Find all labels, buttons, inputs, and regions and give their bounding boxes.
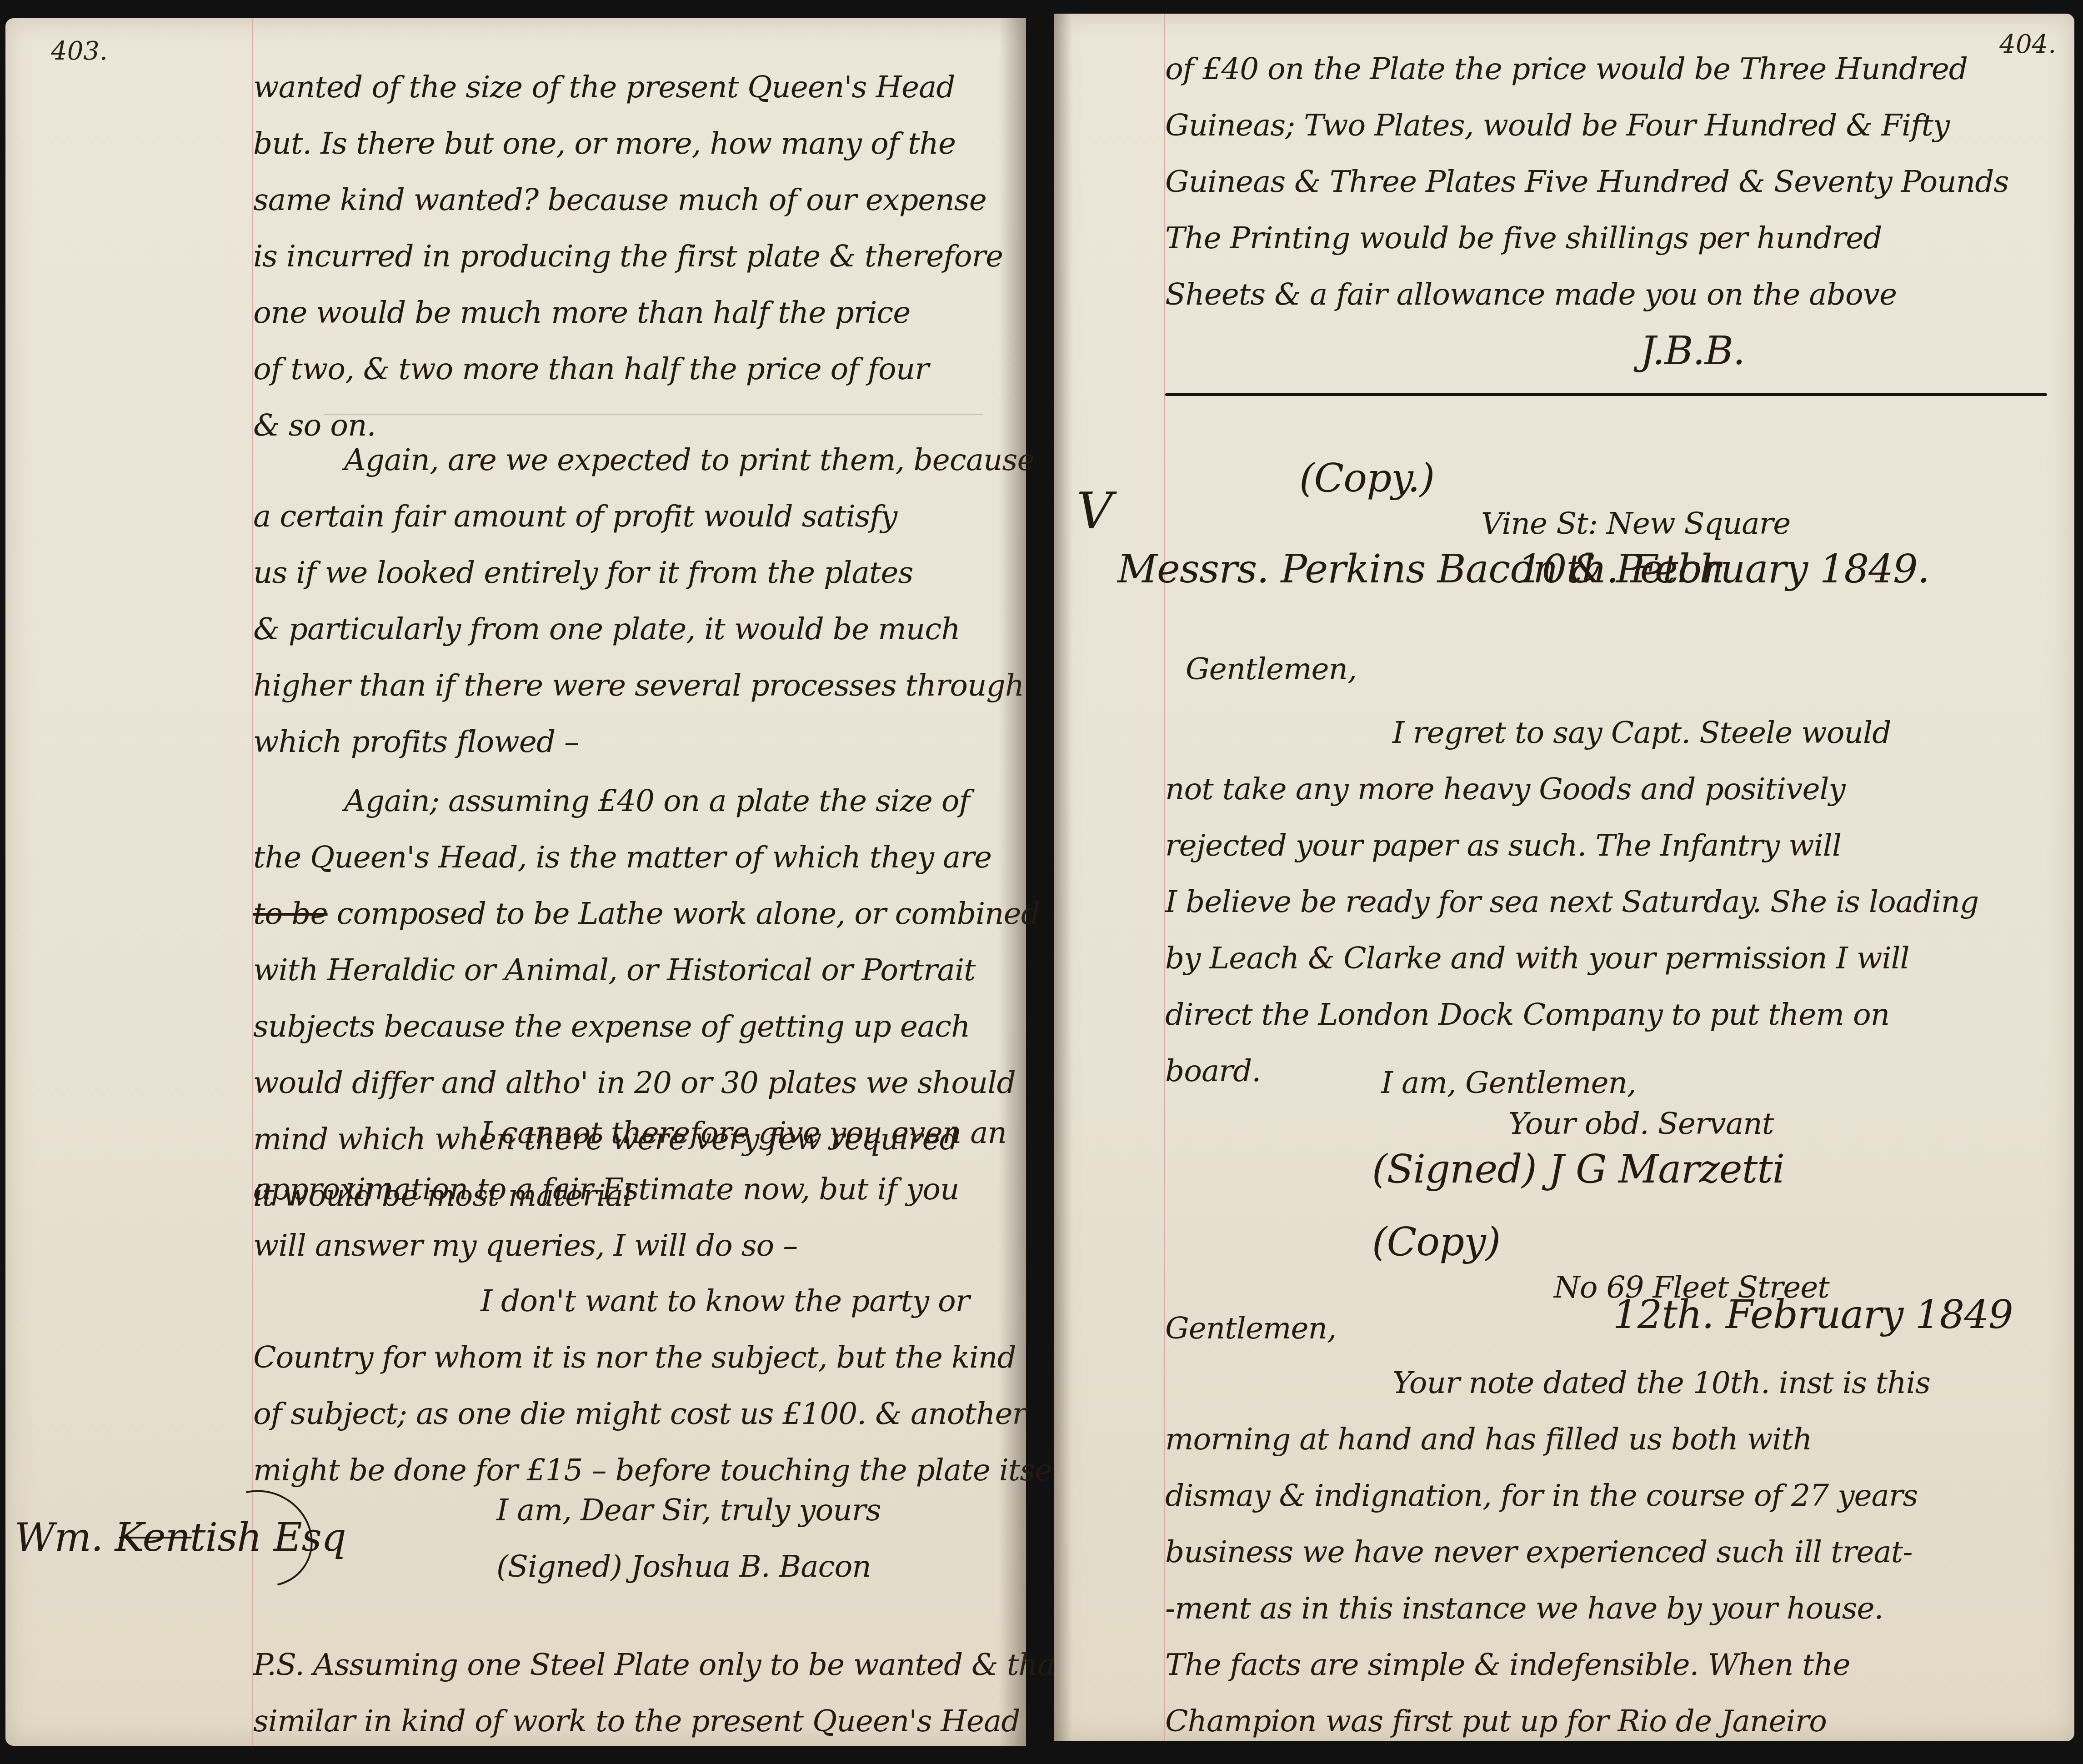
salutation: Gentlemen, bbox=[1186, 641, 1357, 697]
text-line: Guineas & Three Plates Five Hundred & Se… bbox=[1165, 154, 2008, 210]
text-line: of subject; as one die might cost us £10… bbox=[253, 1386, 1072, 1442]
text-line: Country for whom it is nor the subject, … bbox=[253, 1329, 1072, 1386]
text-line: P.S. Assuming one Steel Plate only to be… bbox=[253, 1637, 1067, 1693]
closing-line: I am, Dear Sir, truly yours bbox=[496, 1482, 881, 1538]
text-line: not take any more heavy Goods and positi… bbox=[1165, 761, 1978, 817]
text-line: would differ and altho' in 20 or 30 plat… bbox=[253, 1055, 1040, 1111]
text-line: same kind wanted? because much of our ex… bbox=[253, 172, 1003, 228]
letter-body-continued: wanted of the size of the present Queen'… bbox=[253, 59, 1003, 454]
text-line: dismay & indignation, for in the course … bbox=[1165, 1468, 1930, 1524]
text-line: Champion was first put up for Rio de Jan… bbox=[1165, 1693, 1930, 1749]
salutation-text: Gentlemen, bbox=[1186, 641, 1357, 697]
text-line: Your note dated the 10th. inst is this bbox=[1165, 1355, 1930, 1411]
text-line: composed to be Lathe work alone, or comb… bbox=[337, 896, 1040, 931]
text-line: I don't want to know the party or bbox=[253, 1273, 1072, 1329]
salutation-text: Gentlemen, bbox=[1165, 1300, 1336, 1357]
paragraph-cannot-estimate: I cannot therefore give you even an appr… bbox=[253, 1105, 1006, 1274]
text-line: one would be much more than half the pri… bbox=[253, 285, 1003, 341]
page-number: 403. bbox=[51, 36, 108, 66]
text-line: is incurred in producing the first plate… bbox=[253, 228, 1003, 285]
text-line: direct the London Dock Company to put th… bbox=[1165, 987, 1978, 1043]
text-line: Again; assuming £40 on a plate the size … bbox=[253, 773, 1040, 829]
text-line: morning at hand and has filled us both w… bbox=[1165, 1411, 1930, 1468]
heading: (Copy) bbox=[1372, 1214, 1500, 1270]
signature: (Signed) J G Marzetti bbox=[1372, 1141, 1784, 1198]
letter-date: 12th. February 1849 bbox=[1613, 1287, 2013, 1343]
text-line: The facts are simple & indefensible. Whe… bbox=[1165, 1637, 1930, 1693]
text-line: I believe be ready for sea next Saturday… bbox=[1165, 874, 1978, 930]
check-mark: V bbox=[1077, 482, 1112, 540]
letter-closing: I am, Dear Sir, truly yours (Signed) Jos… bbox=[496, 1482, 881, 1595]
text-line: of £40 on the Plate the price would be T… bbox=[1165, 41, 2008, 97]
date: 10th. February 1849. bbox=[1517, 541, 1929, 597]
paragraph-expected-to-print: Again, are we expected to print them, be… bbox=[253, 432, 1035, 770]
text-line: approximation to a fair Estimate now, bu… bbox=[253, 1161, 1006, 1218]
left-page: 403. wanted of the size of the present Q… bbox=[5, 18, 1026, 1746]
letter-1-body: I regret to say Capt. Steele would not t… bbox=[1165, 705, 1978, 1099]
letter-continuation: of £40 on the Plate the price would be T… bbox=[1165, 41, 2008, 323]
postscript: P.S. Assuming one Steel Plate only to be… bbox=[253, 1637, 1067, 1749]
text-line: the Queen's Head, is the matter of which… bbox=[253, 829, 1040, 886]
text-line: Sheets & a fair allowance made you on th… bbox=[1165, 266, 2008, 323]
text-line: a certain fair amount of profit would sa… bbox=[253, 488, 1035, 545]
text-line: similar in kind of work to the present Q… bbox=[253, 1693, 1067, 1749]
text-line: Again, are we expected to print them, be… bbox=[253, 432, 1035, 488]
text-line: us if we looked entirely for it from the… bbox=[253, 545, 1035, 601]
text-line: I regret to say Capt. Steele would bbox=[1165, 705, 1978, 761]
text-line: by Leach & Clarke and with your permissi… bbox=[1165, 930, 1978, 987]
text-line: but. Is there but one, or more, how many… bbox=[253, 115, 1003, 172]
copy-heading: (Copy.) bbox=[1299, 450, 1434, 506]
right-page: 404. of £40 on the Plate the price would… bbox=[1054, 14, 2074, 1741]
text-line: The Printing would be five shillings per… bbox=[1165, 210, 2008, 266]
text-line: I cannot therefore give you even an bbox=[253, 1105, 1006, 1161]
ruled-line bbox=[324, 414, 983, 415]
struck-text: to be bbox=[253, 896, 328, 931]
text-line: higher than if there were several proces… bbox=[253, 657, 1035, 714]
margin-rule bbox=[1164, 14, 1165, 1741]
paragraph-dont-want-to-know: I don't want to know the party or Countr… bbox=[253, 1273, 1072, 1498]
text-line: -ment as in this instance we have by you… bbox=[1165, 1580, 1930, 1637]
text-line: business we have never experienced such … bbox=[1165, 1524, 1930, 1580]
text-line: & particularly from one plate, it would … bbox=[253, 601, 1035, 657]
letter-date: 10th. February 1849. bbox=[1517, 541, 1929, 597]
signature: (Signed) Joshua B. Bacon bbox=[496, 1538, 881, 1595]
copy-heading: (Copy) bbox=[1372, 1214, 1500, 1270]
salutation: Gentlemen, bbox=[1165, 1300, 1336, 1357]
date: 12th. February 1849 bbox=[1613, 1287, 2013, 1343]
initials-signature: J.B.B. bbox=[1640, 323, 1745, 379]
text-line: wanted of the size of the present Queen'… bbox=[253, 59, 1003, 115]
text-line: Guineas; Two Plates, would be Four Hundr… bbox=[1165, 97, 2008, 154]
open-letter-book: 403. wanted of the size of the present Q… bbox=[0, 0, 2083, 1764]
text-line: subjects because the expense of getting … bbox=[253, 998, 1040, 1055]
text-line: rejected your paper as such. The Infantr… bbox=[1165, 817, 1978, 874]
section-divider bbox=[1165, 393, 2047, 396]
heading: (Copy.) bbox=[1299, 450, 1434, 506]
text-line: will answer my queries, I will do so – bbox=[253, 1218, 1006, 1274]
text-line: of two, & two more than half the price o… bbox=[253, 341, 1003, 397]
text-line: which profits flowed – bbox=[253, 714, 1035, 770]
initials: J.B.B. bbox=[1640, 323, 1745, 379]
text-line: with Heraldic or Animal, or Historical o… bbox=[253, 942, 1040, 998]
flourish-stroke bbox=[119, 1537, 192, 1538]
letter-1-signature: (Signed) J G Marzetti bbox=[1372, 1141, 1784, 1198]
letter-2-body: Your note dated the 10th. inst is this m… bbox=[1165, 1355, 1930, 1749]
